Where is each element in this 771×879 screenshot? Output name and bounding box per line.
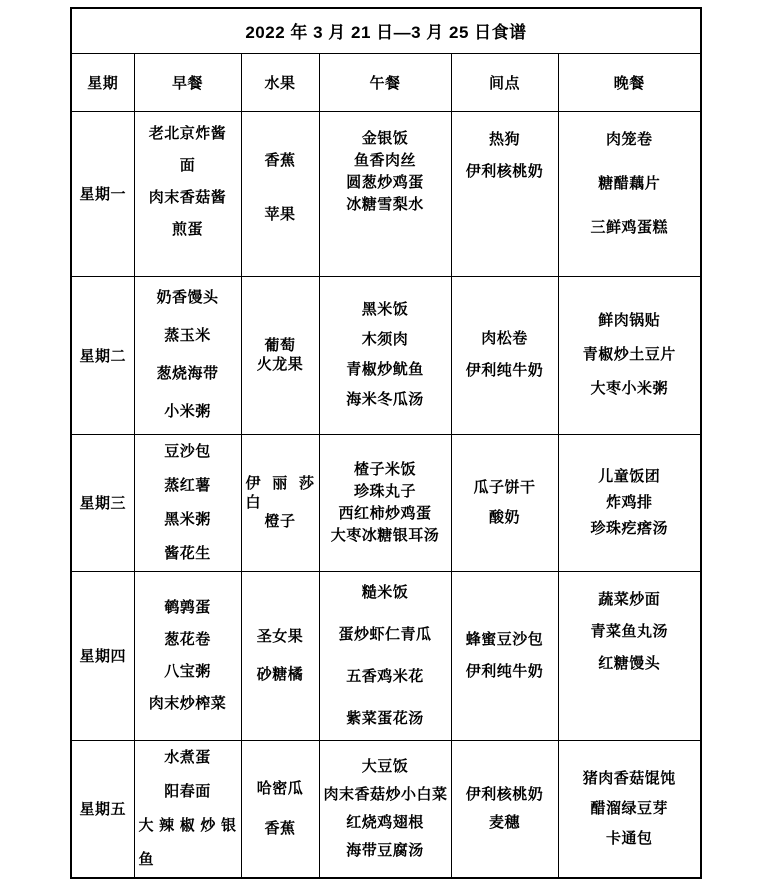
cell-lunch-friday: 大豆饭肉末香菇炒小白菜红烧鸡翅根海带豆腐汤 (319, 740, 451, 878)
cell-breakfast-friday: 水煮蛋阳春面大辣椒炒银鱼 (134, 740, 241, 878)
menu-item: 糙米饭 (322, 572, 449, 614)
menu-item: 鹌鹑蛋 (137, 592, 239, 624)
menu-row-monday: 星期一老北京炸酱面肉末香菇酱煎蛋香蕉苹果金银饭鱼香肉丝圆葱炒鸡蛋冰糖雪梨水热狗伊… (71, 111, 701, 276)
cell-snack-thursday: 蜂蜜豆沙包伊利纯牛奶 (451, 571, 558, 740)
menu-item: 伊丽莎 (244, 474, 317, 493)
cell-snack-friday: 伊利核桃奶麦穗 (451, 740, 558, 878)
menu-item: 白 (244, 493, 317, 512)
menu-row-friday: 星期五水煮蛋阳春面大辣椒炒银鱼哈密瓜香蕉大豆饭肉末香菇炒小白菜红烧鸡翅根海带豆腐… (71, 740, 701, 878)
menu-item: 酸奶 (454, 503, 556, 533)
menu-item: 蔬菜炒面 (561, 584, 699, 616)
menu-item: 鱼香肉丝 (322, 150, 449, 172)
day-label-wednesday: 星期三 (71, 434, 134, 571)
column-header-breakfast: 早餐 (134, 53, 241, 111)
menu-item: 黑米粥 (137, 503, 239, 537)
menu-item: 阳春面 (137, 775, 239, 809)
menu-item: 肉末香菇酱 (137, 182, 239, 214)
menu-item: 面 (137, 150, 239, 182)
menu-item: 大豆饭 (322, 753, 449, 781)
cell-snack-tuesday: 肉松卷伊利纯牛奶 (451, 276, 558, 434)
cell-fruit-monday: 香蕉苹果 (241, 111, 319, 276)
menu-item: 黑米饭 (322, 295, 449, 325)
menu-item: 红烧鸡翅根 (322, 809, 449, 837)
column-header-day: 星期 (71, 53, 134, 111)
menu-item: 伊利纯牛奶 (454, 355, 556, 387)
menu-item: 葱花卷 (137, 624, 239, 656)
cell-dinner-friday: 猪肉香菇馄饨醋溜绿豆芽卡通包 (558, 740, 701, 878)
cell-breakfast-monday: 老北京炸酱面肉末香菇酱煎蛋 (134, 111, 241, 276)
menu-item: 青椒炒鱿鱼 (322, 355, 449, 385)
menu-item: 圆葱炒鸡蛋 (322, 172, 449, 194)
cell-lunch-wednesday: 楂子米饭珍珠丸子西红柿炒鸡蛋大枣冰糖银耳汤 (319, 434, 451, 571)
menu-item: 海带豆腐汤 (322, 837, 449, 865)
menu-item: 奶香馒头 (137, 279, 239, 317)
page-title: 2022 年 3 月 21 日—3 月 25 日食谱 (71, 8, 701, 53)
cell-fruit-wednesday: 伊丽莎白橙子 (241, 434, 319, 571)
title-row: 2022 年 3 月 21 日—3 月 25 日食谱 (71, 8, 701, 53)
menu-item: 热狗 (454, 124, 556, 156)
cell-dinner-tuesday: 鲜肉锅贴青椒炒土豆片大枣小米粥 (558, 276, 701, 434)
menu-item: 香蕉 (244, 809, 317, 849)
menu-item: 珍珠丸子 (322, 481, 449, 503)
menu-item: 香蕉 (244, 134, 317, 188)
menu-item: 伊利纯牛奶 (454, 656, 556, 688)
menu-item: 青菜鱼丸汤 (561, 616, 699, 648)
cell-fruit-thursday: 圣女果砂糖橘 (241, 571, 319, 740)
column-header-snack: 间点 (451, 53, 558, 111)
menu-item: 醋溜绿豆芽 (561, 794, 699, 824)
menu-row-wednesday: 星期三豆沙包蒸红薯黑米粥酱花生伊丽莎白橙子楂子米饭珍珠丸子西红柿炒鸡蛋大枣冰糖银… (71, 434, 701, 571)
header-row: 星期早餐水果午餐间点晚餐 (71, 53, 701, 111)
menu-document: 2022 年 3 月 21 日—3 月 25 日食谱 星期早餐水果午餐间点晚餐 … (70, 7, 702, 879)
column-header-lunch: 午餐 (319, 53, 451, 111)
menu-item: 紫菜蛋花汤 (322, 698, 449, 740)
menu-item: 鱼 (137, 843, 239, 877)
menu-item: 三鲜鸡蛋糕 (561, 206, 699, 250)
column-header-fruit: 水果 (241, 53, 319, 111)
cell-fruit-friday: 哈密瓜香蕉 (241, 740, 319, 878)
day-label-thursday: 星期四 (71, 571, 134, 740)
menu-item: 红糖馒头 (561, 648, 699, 680)
menu-item: 肉末炒榨菜 (137, 688, 239, 720)
menu-item: 卡通包 (561, 824, 699, 854)
menu-item: 豆沙包 (137, 435, 239, 469)
menu-item: 水煮蛋 (137, 741, 239, 775)
menu-item: 蒸红薯 (137, 469, 239, 503)
menu-item: 蒸玉米 (137, 317, 239, 355)
menu-item: 苹果 (244, 188, 317, 242)
menu-item: 伊利核桃奶 (454, 781, 556, 809)
cell-lunch-thursday: 糙米饭蛋炒虾仁青瓜五香鸡米花紫菜蛋花汤 (319, 571, 451, 740)
menu-item: 肉松卷 (454, 323, 556, 355)
cell-dinner-wednesday: 儿童饭团炸鸡排珍珠疙瘩汤 (558, 434, 701, 571)
cell-snack-monday: 热狗伊利核桃奶 (451, 111, 558, 276)
day-label-monday: 星期一 (71, 111, 134, 276)
menu-item: 酱花生 (137, 537, 239, 571)
menu-item: 肉末香菇炒小白菜 (322, 781, 449, 809)
menu-item: 大辣椒炒银 (137, 809, 239, 843)
menu-item: 砂糖橘 (244, 656, 317, 694)
menu-item: 麦穗 (454, 809, 556, 837)
menu-item: 鲜肉锅贴 (561, 304, 699, 338)
cell-fruit-tuesday: 葡萄火龙果 (241, 276, 319, 434)
menu-item: 瓜子饼干 (454, 473, 556, 503)
cell-snack-wednesday: 瓜子饼干酸奶 (451, 434, 558, 571)
day-label-friday: 星期五 (71, 740, 134, 878)
menu-item: 小米粥 (137, 393, 239, 431)
cell-dinner-thursday: 蔬菜炒面青菜鱼丸汤红糖馒头 (558, 571, 701, 740)
menu-item: 葡萄 (244, 336, 317, 355)
menu-item: 橙子 (244, 512, 317, 531)
menu-item: 肉笼卷 (561, 118, 699, 162)
day-label-tuesday: 星期二 (71, 276, 134, 434)
menu-item: 海米冬瓜汤 (322, 385, 449, 415)
menu-item: 儿童饭团 (561, 464, 699, 490)
menu-item: 大枣冰糖银耳汤 (322, 525, 449, 547)
cell-lunch-tuesday: 黑米饭木须肉青椒炒鱿鱼海米冬瓜汤 (319, 276, 451, 434)
menu-item: 珍珠疙瘩汤 (561, 516, 699, 542)
menu-item: 青椒炒土豆片 (561, 338, 699, 372)
menu-item: 蜂蜜豆沙包 (454, 624, 556, 656)
menu-item: 糖醋藕片 (561, 162, 699, 206)
menu-item: 木须肉 (322, 325, 449, 355)
cell-breakfast-thursday: 鹌鹑蛋葱花卷八宝粥肉末炒榨菜 (134, 571, 241, 740)
menu-item: 八宝粥 (137, 656, 239, 688)
menu-table: 2022 年 3 月 21 日—3 月 25 日食谱 星期早餐水果午餐间点晚餐 … (70, 7, 702, 879)
column-header-dinner: 晚餐 (558, 53, 701, 111)
menu-item: 葱烧海带 (137, 355, 239, 393)
menu-row-tuesday: 星期二奶香馒头蒸玉米葱烧海带小米粥葡萄火龙果黑米饭木须肉青椒炒鱿鱼海米冬瓜汤肉松… (71, 276, 701, 434)
menu-item: 西红柿炒鸡蛋 (322, 503, 449, 525)
cell-lunch-monday: 金银饭鱼香肉丝圆葱炒鸡蛋冰糖雪梨水 (319, 111, 451, 276)
menu-item: 大枣小米粥 (561, 372, 699, 406)
menu-item: 蛋炒虾仁青瓜 (322, 614, 449, 656)
menu-item: 煎蛋 (137, 214, 239, 246)
menu-item: 老北京炸酱 (137, 118, 239, 150)
menu-item: 炸鸡排 (561, 490, 699, 516)
menu-table-body: 2022 年 3 月 21 日—3 月 25 日食谱 星期早餐水果午餐间点晚餐 … (71, 8, 701, 878)
menu-item: 冰糖雪梨水 (322, 194, 449, 216)
cell-dinner-monday: 肉笼卷糖醋藕片三鲜鸡蛋糕 (558, 111, 701, 276)
menu-item: 火龙果 (244, 355, 317, 374)
menu-item: 伊利核桃奶 (454, 156, 556, 188)
cell-breakfast-wednesday: 豆沙包蒸红薯黑米粥酱花生 (134, 434, 241, 571)
menu-item: 圣女果 (244, 618, 317, 656)
cell-breakfast-tuesday: 奶香馒头蒸玉米葱烧海带小米粥 (134, 276, 241, 434)
menu-item: 哈密瓜 (244, 769, 317, 809)
menu-item: 五香鸡米花 (322, 656, 449, 698)
menu-item: 楂子米饭 (322, 459, 449, 481)
menu-row-thursday: 星期四鹌鹑蛋葱花卷八宝粥肉末炒榨菜圣女果砂糖橘糙米饭蛋炒虾仁青瓜五香鸡米花紫菜蛋… (71, 571, 701, 740)
menu-item: 猪肉香菇馄饨 (561, 764, 699, 794)
menu-item: 金银饭 (322, 128, 449, 150)
